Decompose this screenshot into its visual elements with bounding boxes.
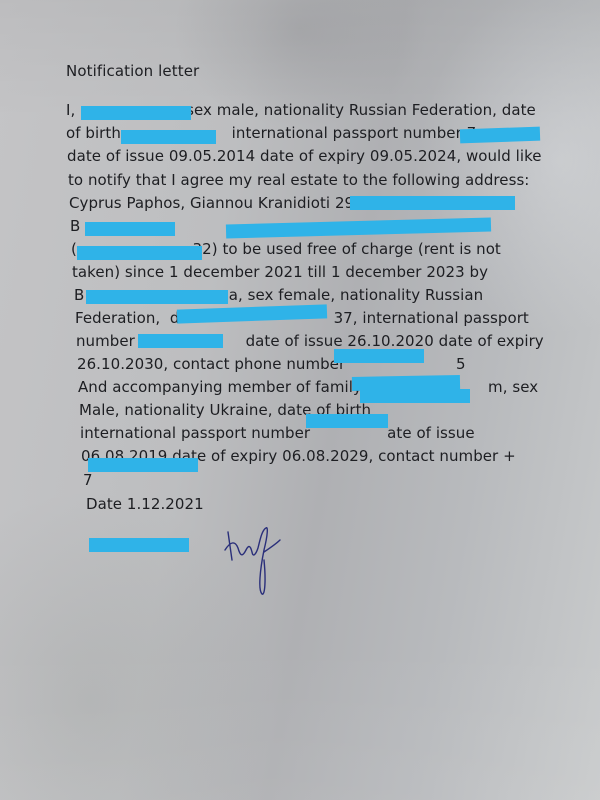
- notification-letter: Notification letter I, , sex male, natio…: [0, 0, 600, 800]
- redaction-bar: [86, 290, 228, 304]
- date-line: Date 1.12.2021: [86, 495, 204, 513]
- body-line: taken) since 1 december 2021 till 1 dece…: [72, 263, 488, 281]
- redaction-bar: [334, 349, 424, 363]
- redaction-bar: [226, 218, 491, 239]
- body-line: international passport number ate of iss…: [80, 424, 475, 442]
- redaction-bar: [306, 414, 388, 428]
- redaction-bar: [81, 106, 191, 120]
- signature-icon: [220, 520, 290, 600]
- redaction-bar: [138, 334, 223, 348]
- body-line: B: [70, 217, 80, 235]
- redaction-bar: [460, 127, 540, 144]
- redaction-bar: [88, 458, 198, 472]
- redaction-bar: [85, 222, 175, 236]
- redaction-bar: [360, 389, 470, 403]
- redaction-bar: [350, 196, 515, 210]
- body-line: 7: [83, 471, 93, 489]
- redaction-bar: [77, 246, 202, 260]
- body-line: Cyprus Paphos, Giannou Kranidioti 29: [69, 194, 354, 212]
- letter-title: Notification letter: [66, 62, 199, 80]
- redaction-bar: [121, 130, 216, 144]
- body-line: to notify that I agree my real estate to…: [68, 171, 529, 189]
- body-line: date of issue 09.05.2014 date of expiry …: [67, 147, 542, 165]
- redaction-bar: [89, 538, 189, 552]
